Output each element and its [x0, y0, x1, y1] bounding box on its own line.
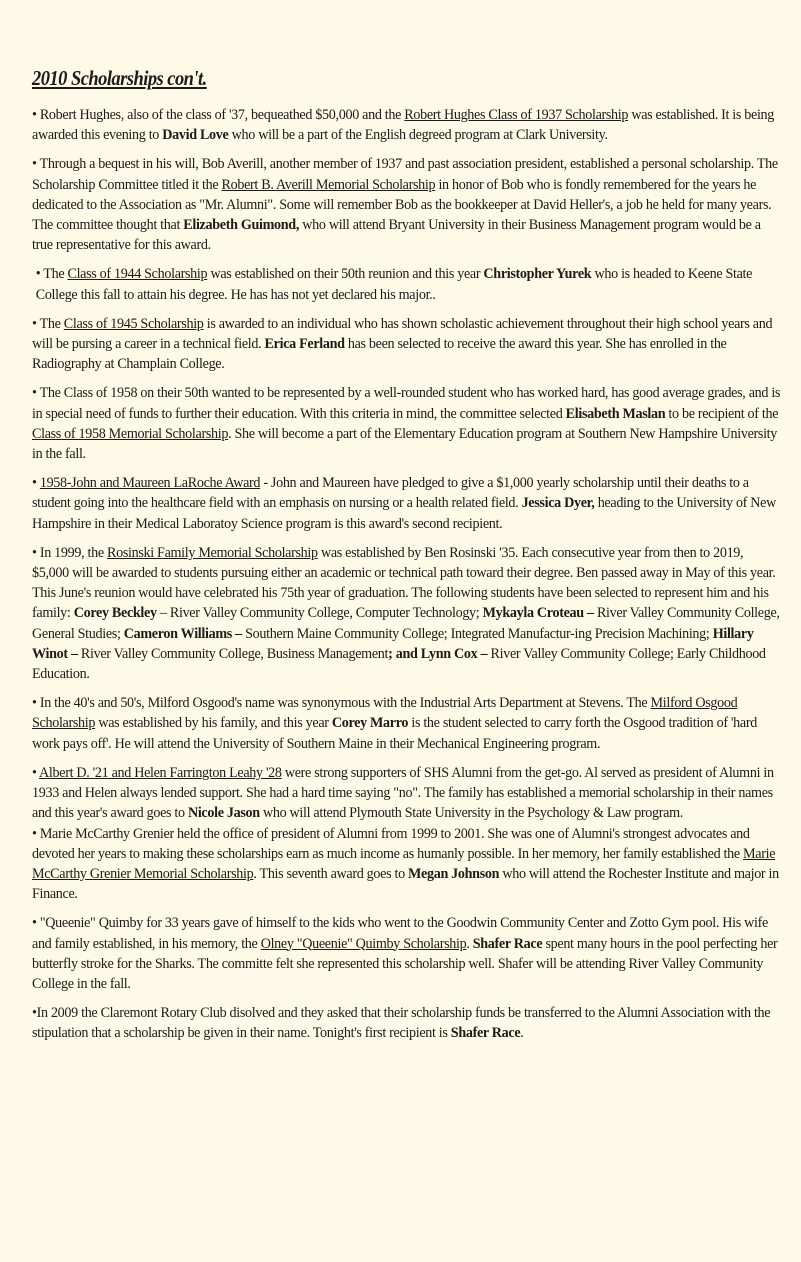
paragraph-text: – River Valley Community College, Comput…: [157, 604, 483, 621]
paragraph-text: was established by his family, and this …: [95, 714, 332, 731]
recipient-name: Elisabeth Maslan: [566, 405, 666, 422]
scholarship-name: Albert D. '21 and Helen Farrington Leahy…: [39, 764, 282, 781]
recipient-name: Elizabeth Guimond,: [183, 216, 299, 233]
scholarship-name: Rosinski Family Memorial Scholarship: [107, 544, 318, 561]
recipient-name: Shafer Race: [473, 935, 543, 952]
recipient-name: ; and Lynn Cox –: [388, 645, 487, 662]
paragraph-text: who will be a part of the English degree…: [228, 126, 607, 143]
recipient-name: Nicole Jason: [188, 804, 260, 821]
scholarship-paragraph: • Albert D. '21 and Helen Farrington Lea…: [32, 763, 781, 824]
paragraph-text: • The: [32, 315, 64, 332]
recipient-name: Cameron Williams –: [124, 625, 242, 642]
recipient-name: Mykayla Croteau –: [483, 604, 594, 621]
scholarship-name: Olney "Queenie" Quimby Scholarship: [261, 935, 467, 952]
paragraph-text: River Valley Community College, Business…: [78, 645, 388, 662]
document-body: • Robert Hughes, also of the class of '3…: [32, 105, 779, 1044]
paragraph-text: to be recipient of the: [665, 405, 778, 422]
paragraph-text: • In the 40's and 50's, Milford Osgood's…: [32, 694, 651, 711]
scholarship-paragraph: • In 1999, the Rosinski Family Memorial …: [32, 543, 781, 684]
paragraph-text: .: [520, 1024, 523, 1041]
recipient-name: Corey Marro: [332, 714, 408, 731]
paragraph-text: • Marie McCarthy Grenier held the office…: [32, 825, 750, 862]
scholarship-paragraph: • Robert Hughes, also of the class of '3…: [32, 105, 781, 145]
scholarship-paragraph: • Through a bequest in his will, Bob Ave…: [32, 154, 781, 255]
scholarship-paragraph: • Marie McCarthy Grenier held the office…: [32, 824, 781, 905]
paragraph-text: • Robert Hughes, also of the class of '3…: [32, 106, 404, 123]
paragraph-text: • The: [36, 265, 68, 282]
scholarship-paragraph: • In the 40's and 50's, Milford Osgood's…: [32, 693, 781, 754]
recipient-name: Corey Beckley: [74, 604, 157, 621]
recipient-name: Christopher Yurek: [483, 265, 591, 282]
scholarship-name: Class of 1945 Scholarship: [64, 315, 204, 332]
paragraph-text: •: [32, 764, 39, 781]
paragraph-text: Southern Maine Community College; Integr…: [242, 625, 713, 642]
scholarship-paragraph: • The Class of 1944 Scholarship was esta…: [32, 264, 784, 304]
recipient-name: Jessica Dyer,: [522, 494, 595, 511]
recipient-name: Shafer Race: [451, 1024, 521, 1041]
paragraph-text: was established on their 50th reunion an…: [207, 265, 483, 282]
scholarship-name: Class of 1958 Memorial Scholarship: [32, 425, 228, 442]
scholarship-name: Robert B. Averill Memorial Scholarship: [222, 176, 436, 193]
document-page: 2010 Scholarships con't. • Robert Hughes…: [0, 0, 801, 1044]
recipient-name: Erica Ferland: [265, 335, 345, 352]
recipient-name: Megan Johnson: [408, 865, 499, 882]
scholarship-paragraph: • The Class of 1958 on their 50th wanted…: [32, 383, 781, 464]
scholarship-paragraph: • "Queenie" Quimby for 33 years gave of …: [32, 913, 781, 994]
scholarship-paragraph: • The Class of 1945 Scholarship is award…: [32, 314, 781, 375]
paragraph-text: •In 2009 the Claremont Rotary Club disol…: [32, 1004, 770, 1041]
paragraph-text: • In 1999, the: [32, 544, 107, 561]
scholarship-paragraph: • 1958-John and Maureen LaRoche Award - …: [32, 473, 781, 534]
scholarship-name: Class of 1944 Scholarship: [67, 265, 207, 282]
page-title: 2010 Scholarships con't.: [32, 66, 689, 91]
paragraph-text: who will attend Plymouth State Universit…: [260, 804, 683, 821]
scholarship-name: Robert Hughes Class of 1937 Scholarship: [404, 106, 628, 123]
scholarship-paragraph: •In 2009 the Claremont Rotary Club disol…: [32, 1003, 781, 1043]
paragraph-text: . This seventh award goes to: [253, 865, 408, 882]
scholarship-name: 1958-John and Maureen LaRoche Award: [40, 474, 260, 491]
recipient-name: David Love: [162, 126, 228, 143]
